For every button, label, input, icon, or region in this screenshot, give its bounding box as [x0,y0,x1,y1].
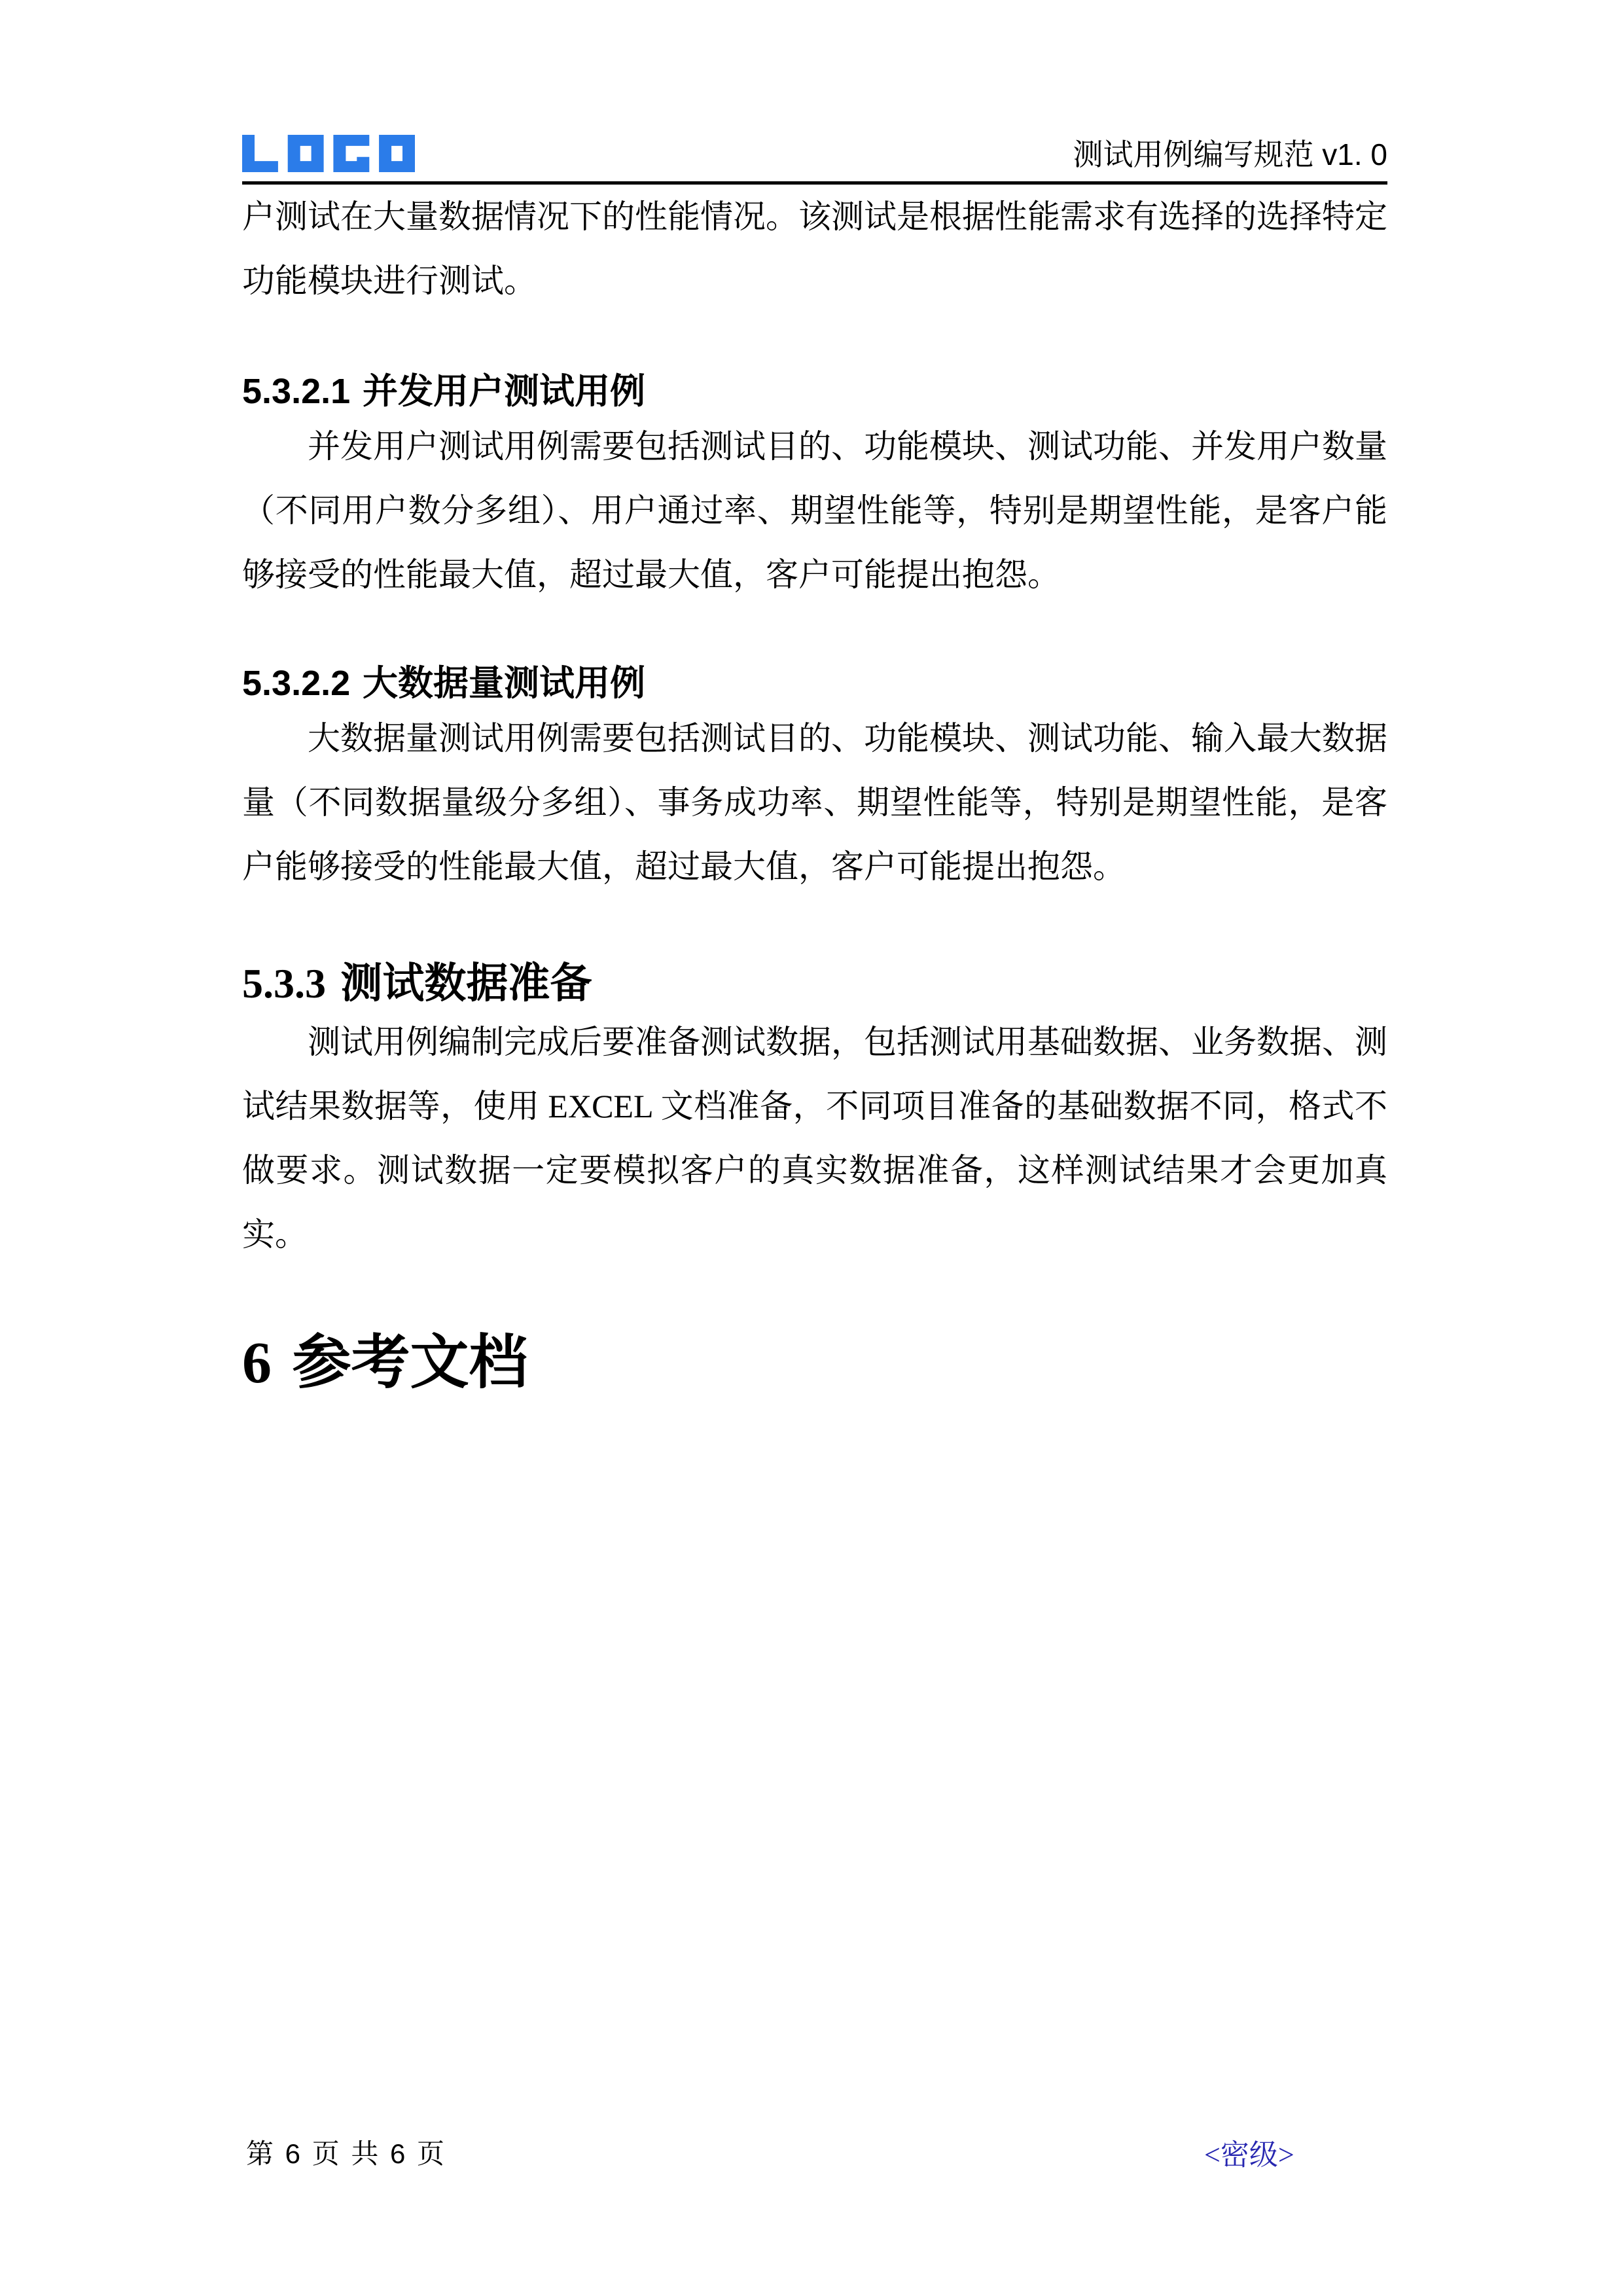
heading-number: 5.3.3 [242,960,326,1007]
heading-number: 5.3.2.2 [242,664,350,703]
heading-title: 大数据量测试用例 [363,664,645,703]
page-content: 测试用例编写规范 v1. 0 户测试在大量数据情况下的性能情况。该测试是根据性能… [242,0,1387,1400]
intro-paragraph: 户测试在大量数据情况下的性能情况。该测试是根据性能需求有选择的选择特定功能模块进… [242,185,1387,313]
logo-icon [242,135,415,172]
heading-5-3-2-1: 5.3.2.1并发用户测试用例 [242,368,1387,414]
heading-6: 6参考文档 [242,1327,1387,1400]
company-logo [242,135,415,172]
header-document-title: 测试用例编写规范 v1. 0 [1073,137,1387,172]
heading-title: 测试数据准备 [340,960,592,1007]
paragraph-5-3-3: 测试用例编制完成后要准备测试数据，包括测试用基础数据、业务数据、测试结果数据等，… [242,1010,1387,1266]
paragraph-5-3-2-1: 并发用户测试用例需要包括测试目的、功能模块、测试功能、并发用户数量（不同用户数分… [242,414,1387,607]
heading-5-3-3: 5.3.3测试数据准备 [242,958,1387,1010]
heading-number: 6 [242,1331,272,1395]
heading-title: 参考文档 [293,1331,528,1395]
page-header: 测试用例编写规范 v1. 0 [242,135,1387,185]
footer-classification: <密级> [1204,2131,1294,2173]
heading-number: 5.3.2.1 [242,372,350,411]
footer-page-number: 第 6 页 共 6 页 [246,2132,446,2172]
heading-title: 并发用户测试用例 [363,372,645,411]
document-body: 户测试在大量数据情况下的性能情况。该测试是根据性能需求有选择的选择特定功能模块进… [242,185,1387,1400]
heading-5-3-2-2: 5.3.2.2大数据量测试用例 [242,660,1387,706]
document-page: 测试用例编写规范 v1. 0 户测试在大量数据情况下的性能情况。该测试是根据性能… [0,0,1623,2296]
paragraph-5-3-2-2: 大数据量测试用例需要包括测试目的、功能模块、测试功能、输入最大数据量（不同数据量… [242,706,1387,899]
